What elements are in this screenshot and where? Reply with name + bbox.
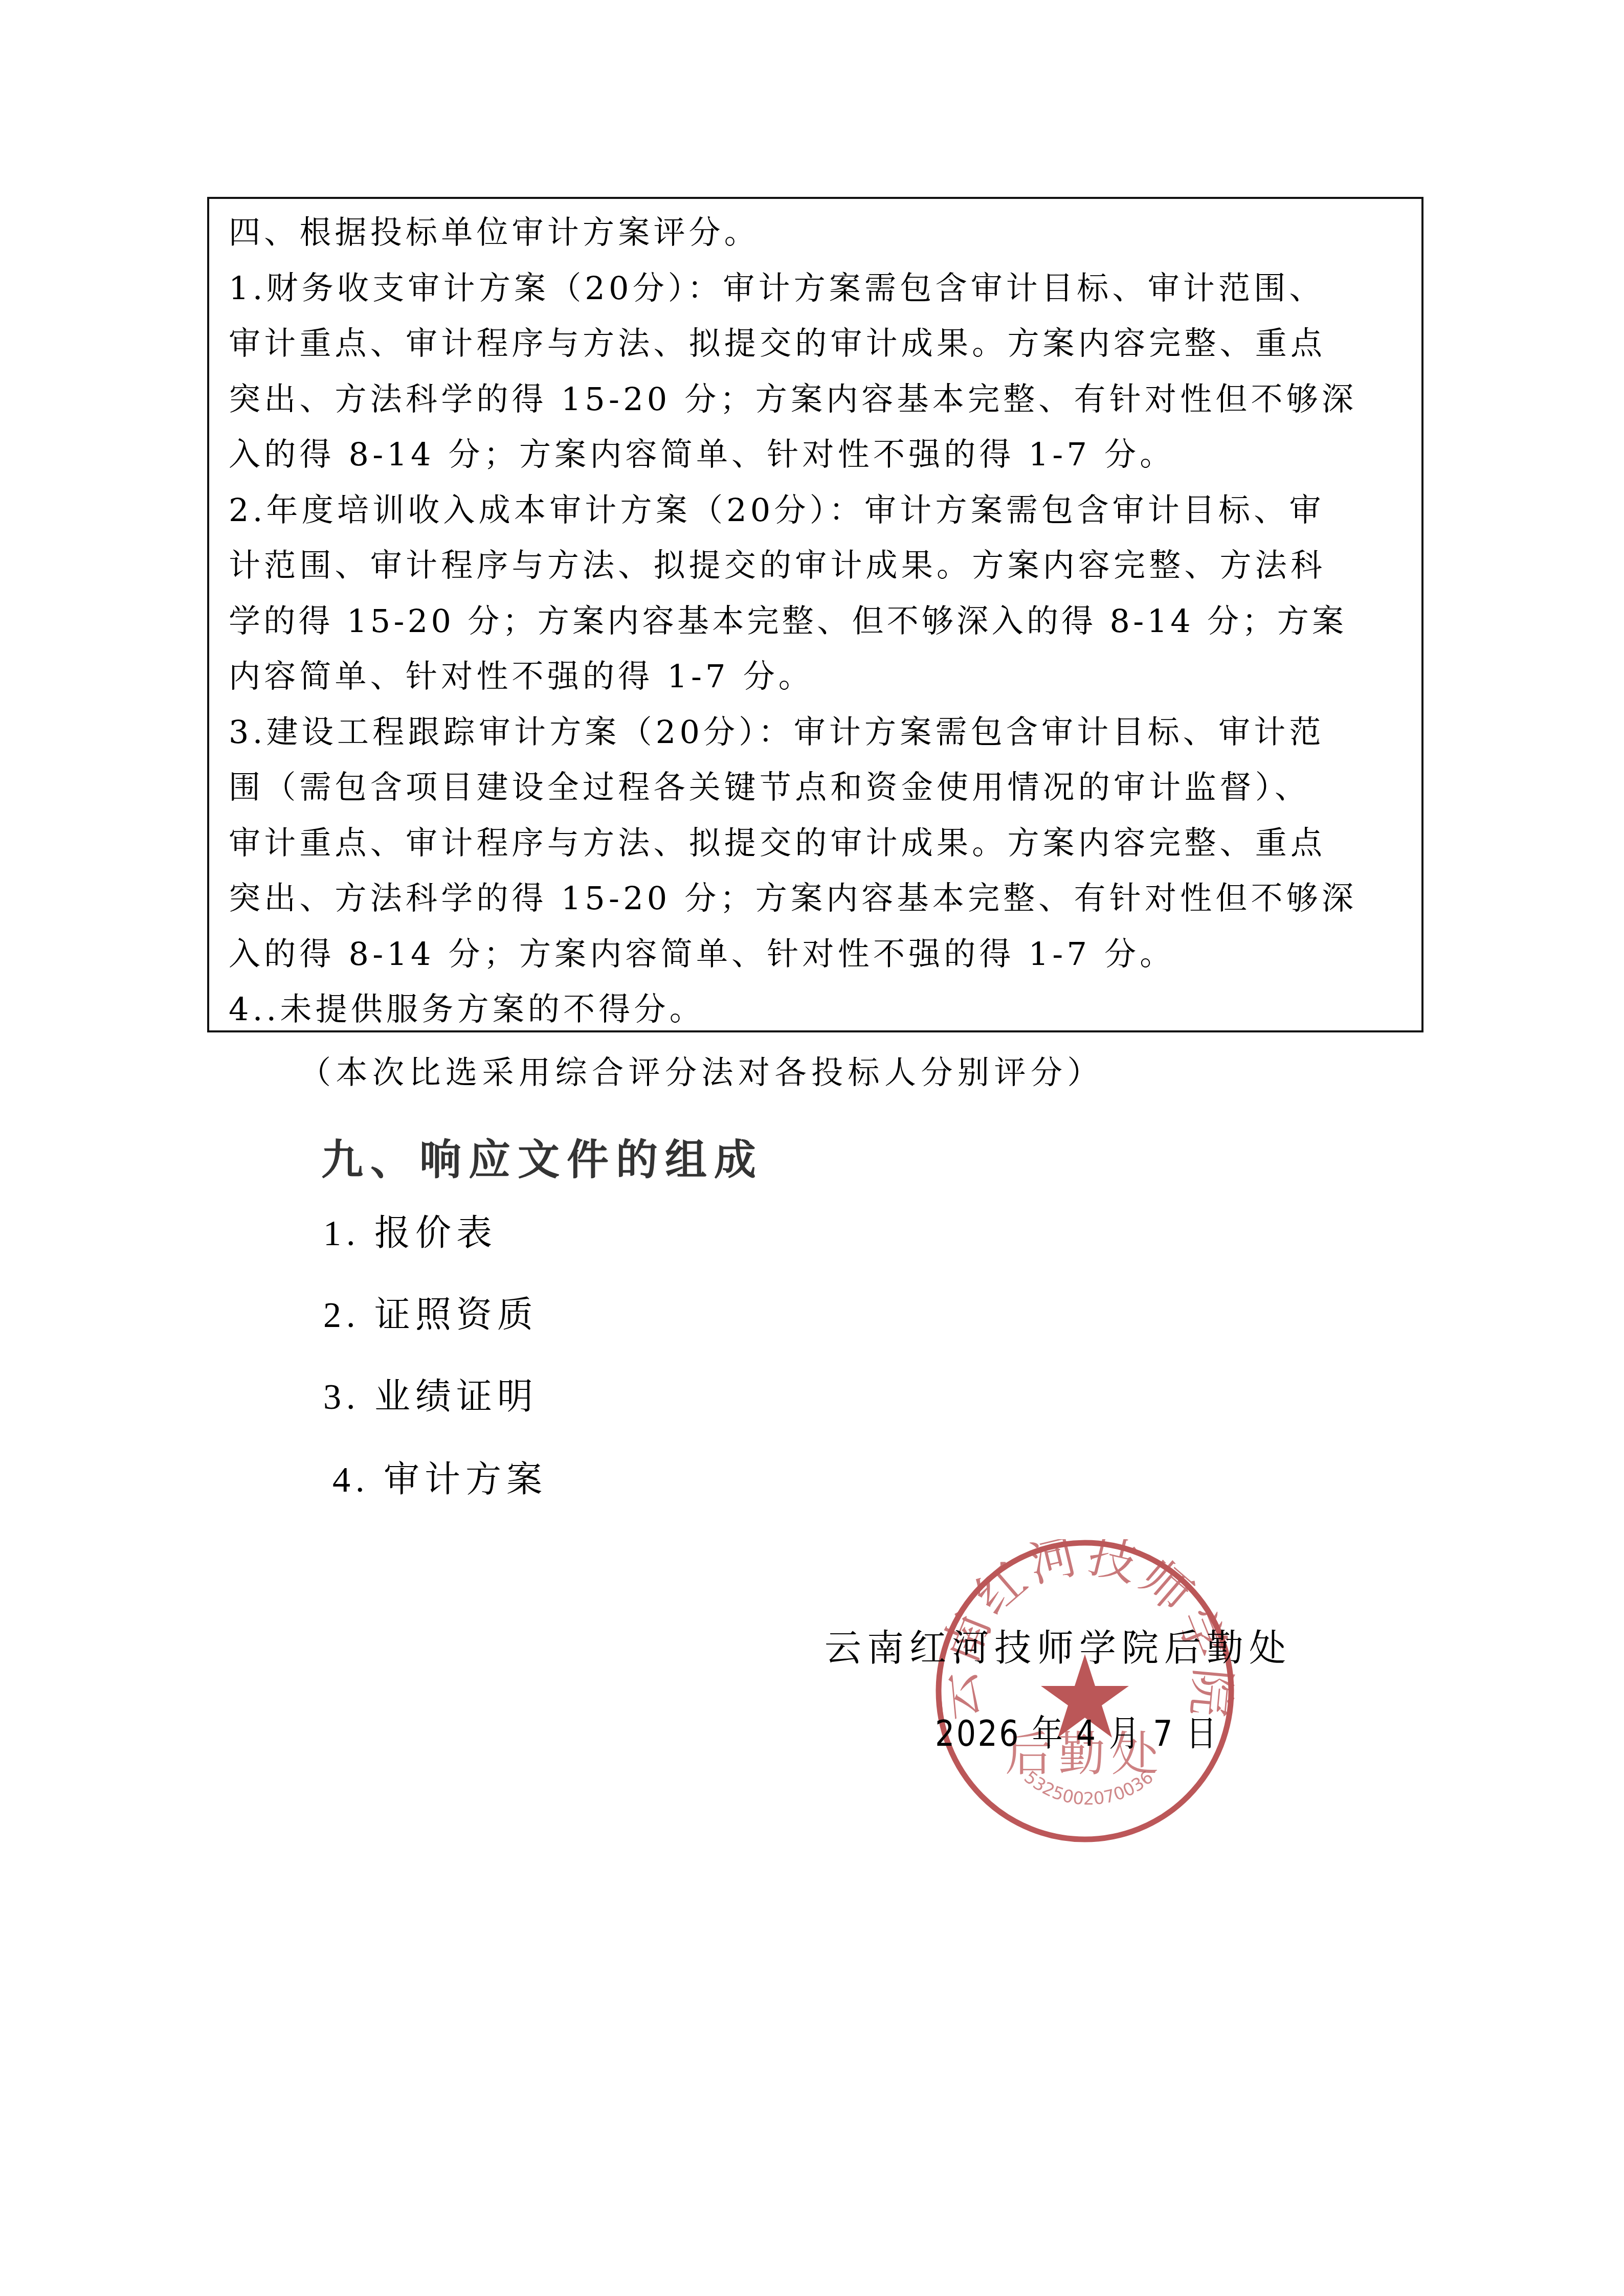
- criteria-line: 围（需包含项目建设全过程各关键节点和资金使用情况的审计监督）、: [229, 760, 1410, 816]
- list-item: 1. 报价表: [323, 1211, 497, 1257]
- criteria-heading: 四、根据投标单位审计方案评分。: [229, 205, 1410, 261]
- criteria-line: 4..未提供服务方案的不得分。: [229, 982, 1410, 1038]
- criteria-line: 内容简单、针对性不强的得 1-7 分。: [229, 649, 1410, 705]
- criteria-line: 入的得 8-14 分；方案内容简单、针对性不强的得 1-7 分。: [229, 927, 1410, 982]
- svg-text:5325002070036: 5325002070036: [1020, 1767, 1157, 1810]
- list-item: 2. 证照资质: [323, 1293, 538, 1339]
- criteria-line: 突出、方法科学的得 15-20 分；方案内容基本完整、有针对性但不够深: [229, 372, 1410, 427]
- criteria-line: 学的得 15-20 分；方案内容基本完整、但不够深入的得 8-14 分；方案: [229, 594, 1410, 649]
- signing-date: 2026 年 4 月 7 日: [935, 1708, 1218, 1759]
- criteria-line: 审计重点、审计程序与方法、拟提交的审计成果。方案内容完整、重点: [229, 316, 1410, 372]
- criteria-line: 审计重点、审计程序与方法、拟提交的审计成果。方案内容完整、重点: [229, 816, 1410, 871]
- document-page: 四、根据投标单位审计方案评分。 1.财务收支审计方案（20分）：审计方案需包含审…: [0, 0, 1624, 2296]
- scoring-criteria-box: 四、根据投标单位审计方案评分。 1.财务收支审计方案（20分）：审计方案需包含审…: [207, 197, 1423, 1032]
- criteria-line: 入的得 8-14 分；方案内容简单、针对性不强的得 1-7 分。: [229, 427, 1410, 483]
- section-heading: 九、响应文件的组成: [321, 1132, 763, 1188]
- signing-organization: 云南红河技师学院后勤处: [825, 1622, 1292, 1673]
- criteria-line: 计范围、审计程序与方法、拟提交的审计成果。方案内容完整、方法科: [229, 538, 1410, 594]
- criteria-line: 突出、方法科学的得 15-20 分；方案内容基本完整、有针对性但不够深: [229, 871, 1410, 927]
- criteria-line: 1.财务收支审计方案（20分）：审计方案需包含审计目标、审计范围、: [229, 261, 1410, 317]
- scoring-method-note: （本次比选采用综合评分法对各投标人分别评分）: [299, 1052, 1104, 1093]
- criteria-line: 2.年度培训收入成本审计方案（20分）：审计方案需包含审计目标、审: [229, 483, 1410, 538]
- criteria-line: 3.建设工程跟踪审计方案（20分）：审计方案需包含审计目标、审计范: [229, 705, 1410, 760]
- list-item: 3. 业绩证明: [323, 1375, 538, 1421]
- list-item: 4. 审计方案: [332, 1457, 547, 1503]
- official-seal-stamp-icon: 云南红河技师学院 后勤处 5325002070036: [934, 1539, 1236, 1843]
